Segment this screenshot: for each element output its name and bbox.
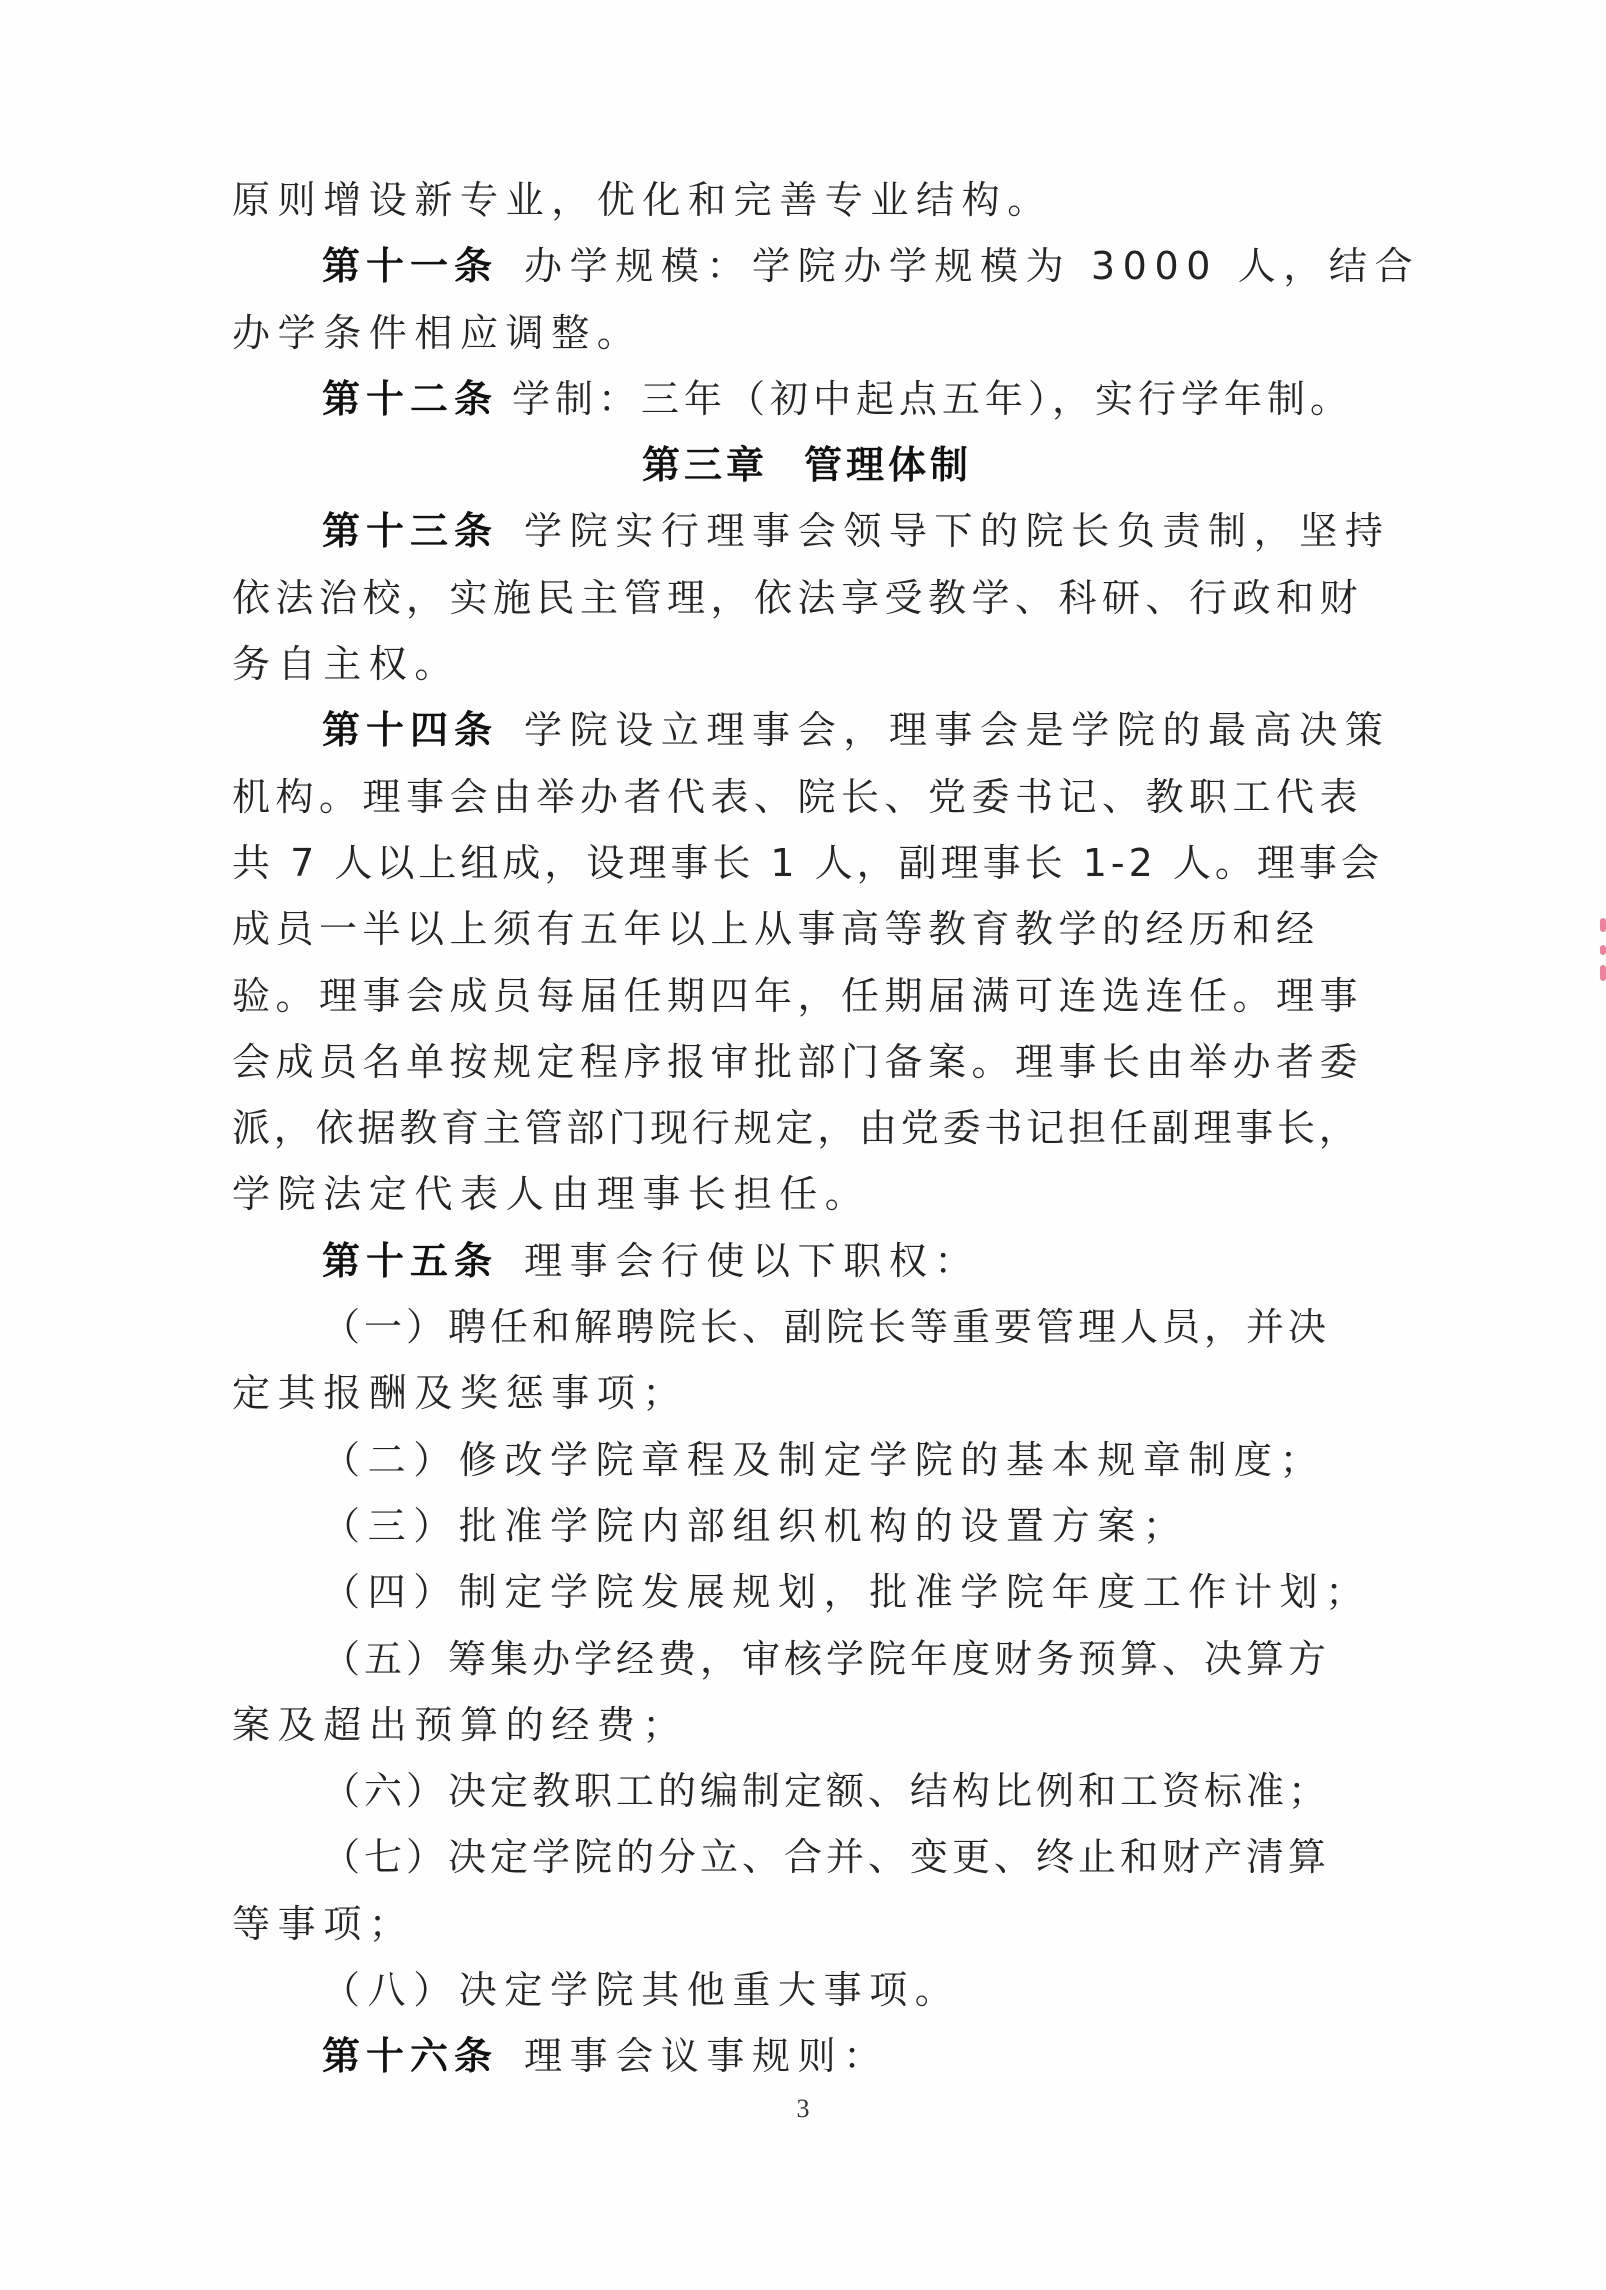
paragraph-line: 会成员名单按规定程序报审批部门备案。理事长由举办者委: [232, 1034, 1382, 1100]
seal-edge-mark: [1600, 918, 1606, 932]
list-item-text: （一）聘任和解聘院长、副院长等重要管理人员，并决: [322, 1305, 1330, 1349]
paragraph-line: 等事项；: [232, 1896, 1382, 1962]
article-text: 学院实行理事会领导下的院长负责制，坚持: [524, 509, 1390, 553]
article-number: 第十二条: [322, 377, 498, 421]
list-item: （五）筹集办学经费，审核学院年度财务预算、决算方: [232, 1631, 1382, 1697]
article-12: 第十二条学制：三年（初中起点五年），实行学年制。: [232, 371, 1382, 437]
article-13: 第十三条学院实行理事会领导下的院长负责制，坚持: [232, 503, 1382, 569]
article-16: 第十六条理事会议事规则：: [232, 2028, 1382, 2094]
list-item: （六）决定教职工的编制定额、结构比例和工资标准；: [232, 1763, 1382, 1829]
line-text: 验。理事会成员每届任期四年，任期届满可连选连任。理事: [232, 974, 1363, 1018]
paragraph-line: 务自主权。: [232, 636, 1382, 702]
paragraph-line: 原则增设新专业，优化和完善专业结构。: [232, 172, 1382, 238]
paragraph-line: 案及超出预算的经费；: [232, 1697, 1382, 1763]
article-number: 第十三条: [322, 509, 498, 553]
article-number: 第十四条: [322, 708, 498, 752]
line-text: 办学条件相应调整。: [232, 311, 642, 355]
list-item-text: （五）筹集办学经费，审核学院年度财务预算、决算方: [322, 1637, 1330, 1681]
line-text: 等事项；: [232, 1902, 414, 1946]
paragraph-line: 依法治校，实施民主管理，依法享受教学、科研、行政和财: [232, 570, 1382, 636]
line-text: 成员一半以上须有五年以上从事高等教育教学的经历和经: [232, 907, 1320, 951]
article-15: 第十五条理事会行使以下职权：: [232, 1233, 1382, 1299]
line-text: 派，依据教育主管部门现行规定，由党委书记担任副理事长，: [232, 1106, 1361, 1150]
list-item: （三）批准学院内部组织机构的设置方案；: [232, 1498, 1382, 1564]
article-number: 第十一条: [322, 244, 498, 288]
list-item-text: （七）决定学院的分立、合并、变更、终止和财产清算: [322, 1835, 1330, 1879]
list-item-text: （八）决定学院其他重大事项。: [322, 1968, 960, 2012]
line-text: 务自主权。: [232, 642, 460, 686]
seal-edge-mark: [1600, 965, 1606, 981]
line-text: 案及超出预算的经费；: [232, 1703, 688, 1747]
list-item-text: （二）修改学院章程及制定学院的基本规章制度；: [322, 1438, 1325, 1482]
article-text: 理事会行使以下职权：: [524, 1239, 980, 1283]
chapter-heading: 第三章管理体制: [232, 437, 1382, 503]
article-11: 第十一条办学规模：学院办学规模为 3000 人，结合: [232, 238, 1382, 304]
paragraph-line: 定其报酬及奖惩事项；: [232, 1365, 1382, 1431]
line-text: 原则增设新专业，优化和完善专业结构。: [232, 178, 1053, 222]
chapter-title: 管理体制: [804, 443, 972, 487]
article-text: 理事会议事规则：: [524, 2034, 889, 2078]
list-item: （四）制定学院发展规划，批准学院年度工作计划；: [232, 1564, 1382, 1630]
page-number: 3: [0, 2094, 1606, 2124]
paragraph-line: 办学条件相应调整。: [232, 305, 1382, 371]
article-text: 学院设立理事会，理事会是学院的最高决策: [524, 708, 1390, 752]
chapter-number: 第三章: [642, 443, 768, 487]
paragraph-line: 机构。理事会由举办者代表、院长、党委书记、教职工代表: [232, 769, 1382, 835]
paragraph-line: 验。理事会成员每届任期四年，任期届满可连选连任。理事: [232, 968, 1382, 1034]
paragraph-line: 共 7 人以上组成，设理事长 1 人，副理事长 1-2 人。理事会: [232, 835, 1382, 901]
article-text: 学制：三年（初中起点五年），实行学年制。: [512, 377, 1353, 421]
list-item-text: （六）决定教职工的编制定额、结构比例和工资标准；: [322, 1769, 1330, 1813]
article-number: 第十五条: [322, 1239, 498, 1283]
article-number: 第十六条: [322, 2034, 498, 2078]
line-text: 依法治校，实施民主管理，依法享受教学、科研、行政和财: [232, 576, 1363, 620]
article-text: 办学规模：学院办学规模为 3000 人，结合: [524, 244, 1420, 288]
document-page: 原则增设新专业，优化和完善专业结构。 第十一条办学规模：学院办学规模为 3000…: [0, 0, 1606, 2290]
list-item: （七）决定学院的分立、合并、变更、终止和财产清算: [232, 1829, 1382, 1895]
paragraph-line: 学院法定代表人由理事长担任。: [232, 1166, 1382, 1232]
line-text: 定其报酬及奖惩事项；: [232, 1371, 688, 1415]
seal-edge-mark: [1600, 945, 1606, 955]
line-text: 共 7 人以上组成，设理事长 1 人，副理事长 1-2 人。理事会: [232, 841, 1383, 885]
article-14: 第十四条学院设立理事会，理事会是学院的最高决策: [232, 702, 1382, 768]
line-text: 机构。理事会由举办者代表、院长、党委书记、教职工代表: [232, 775, 1363, 819]
paragraph-line: 派，依据教育主管部门现行规定，由党委书记担任副理事长，: [232, 1100, 1382, 1166]
line-text: 学院法定代表人由理事长担任。: [232, 1172, 870, 1216]
page-body: 原则增设新专业，优化和完善专业结构。 第十一条办学规模：学院办学规模为 3000…: [232, 172, 1382, 2095]
list-item: （一）聘任和解聘院长、副院长等重要管理人员，并决: [232, 1299, 1382, 1365]
paragraph-line: 成员一半以上须有五年以上从事高等教育教学的经历和经: [232, 901, 1382, 967]
list-item-text: （四）制定学院发展规划，批准学院年度工作计划；: [322, 1570, 1371, 1614]
list-item: （二）修改学院章程及制定学院的基本规章制度；: [232, 1432, 1382, 1498]
list-item-text: （三）批准学院内部组织机构的设置方案；: [322, 1504, 1188, 1548]
list-item: （八）决定学院其他重大事项。: [232, 1962, 1382, 2028]
line-text: 会成员名单按规定程序报审批部门备案。理事长由举办者委: [232, 1040, 1363, 1084]
